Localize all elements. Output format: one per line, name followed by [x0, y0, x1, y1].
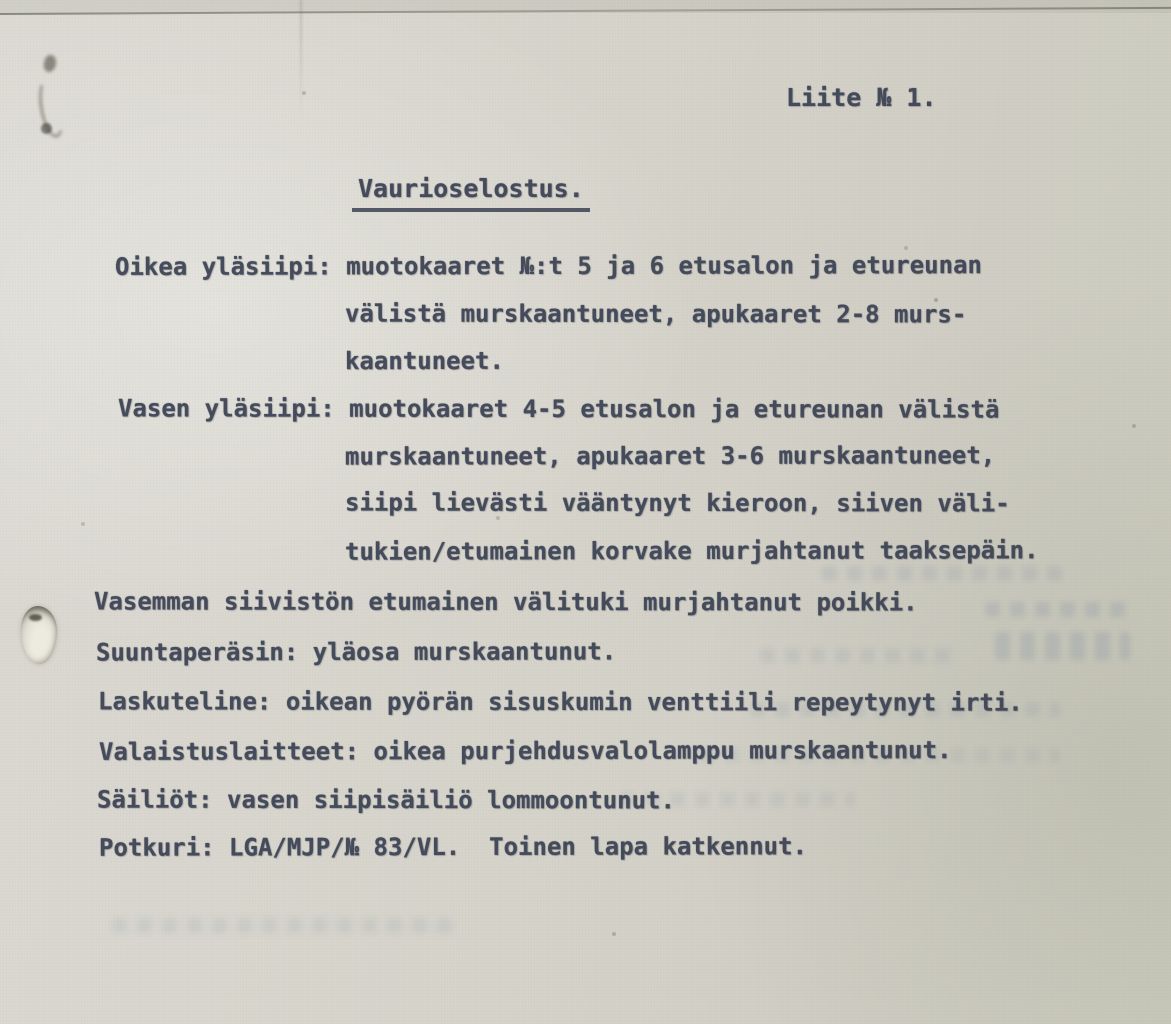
- body-line: Laskuteline: oikean pyörän sisuskumin ve…: [98, 687, 1023, 716]
- bleed-through-text: [985, 602, 1135, 617]
- ink-smudge: [42, 54, 58, 73]
- attachment-number: Liite № 1.: [786, 84, 937, 112]
- body-line: Valaistuslaitteet: oikea purjehdusvalola…: [99, 736, 952, 766]
- bleed-through-text: [112, 918, 452, 933]
- bleed-through-text: [822, 566, 1072, 581]
- body-line: Vasemman siivistön etumainen välituki mu…: [94, 587, 918, 616]
- body-line: murskaantuneet, apukaaret 3-6 murskaantu…: [345, 441, 995, 470]
- body-line: Vasen yläsiipi: muotokaaret 4-5 etusalon…: [118, 394, 999, 423]
- body-line: kaantuneet.: [345, 347, 504, 375]
- document-title: Vaurioselostus.: [352, 175, 590, 212]
- bleed-through-text: [995, 632, 1130, 660]
- body-line: Suuntaperäsin: yläosa murskaantunut.: [96, 637, 616, 666]
- body-line: tukien/etumainen korvake murjahtanut taa…: [345, 536, 1039, 565]
- paper-speckles: [0, 0, 2, 2]
- body-line: Säiliöt: vasen siipisäiliö lommoontunut.: [97, 786, 675, 815]
- paper-crease: [300, 0, 302, 120]
- body-line: Potkuri: LGA/MJP/№ 83/VL. Toinen lapa ka…: [99, 832, 807, 861]
- punch-hole-shadow: [29, 614, 42, 621]
- body-line: Oikea yläsiipi: muotokaaret №:t 5 ja 6 e…: [115, 251, 982, 281]
- body-line: siipi lievästi vääntynyt kieroon, siiven…: [345, 489, 1010, 518]
- punch-hole: [21, 606, 57, 664]
- bleed-through-text: [760, 648, 960, 663]
- ink-smudge: [41, 123, 52, 134]
- body-line: välistä murskaantuneet, apukaaret 2-8 mu…: [345, 300, 966, 329]
- scanned-document-page: Liite № 1. Vaurioselostus. Oikea yläsiip…: [0, 0, 1171, 1024]
